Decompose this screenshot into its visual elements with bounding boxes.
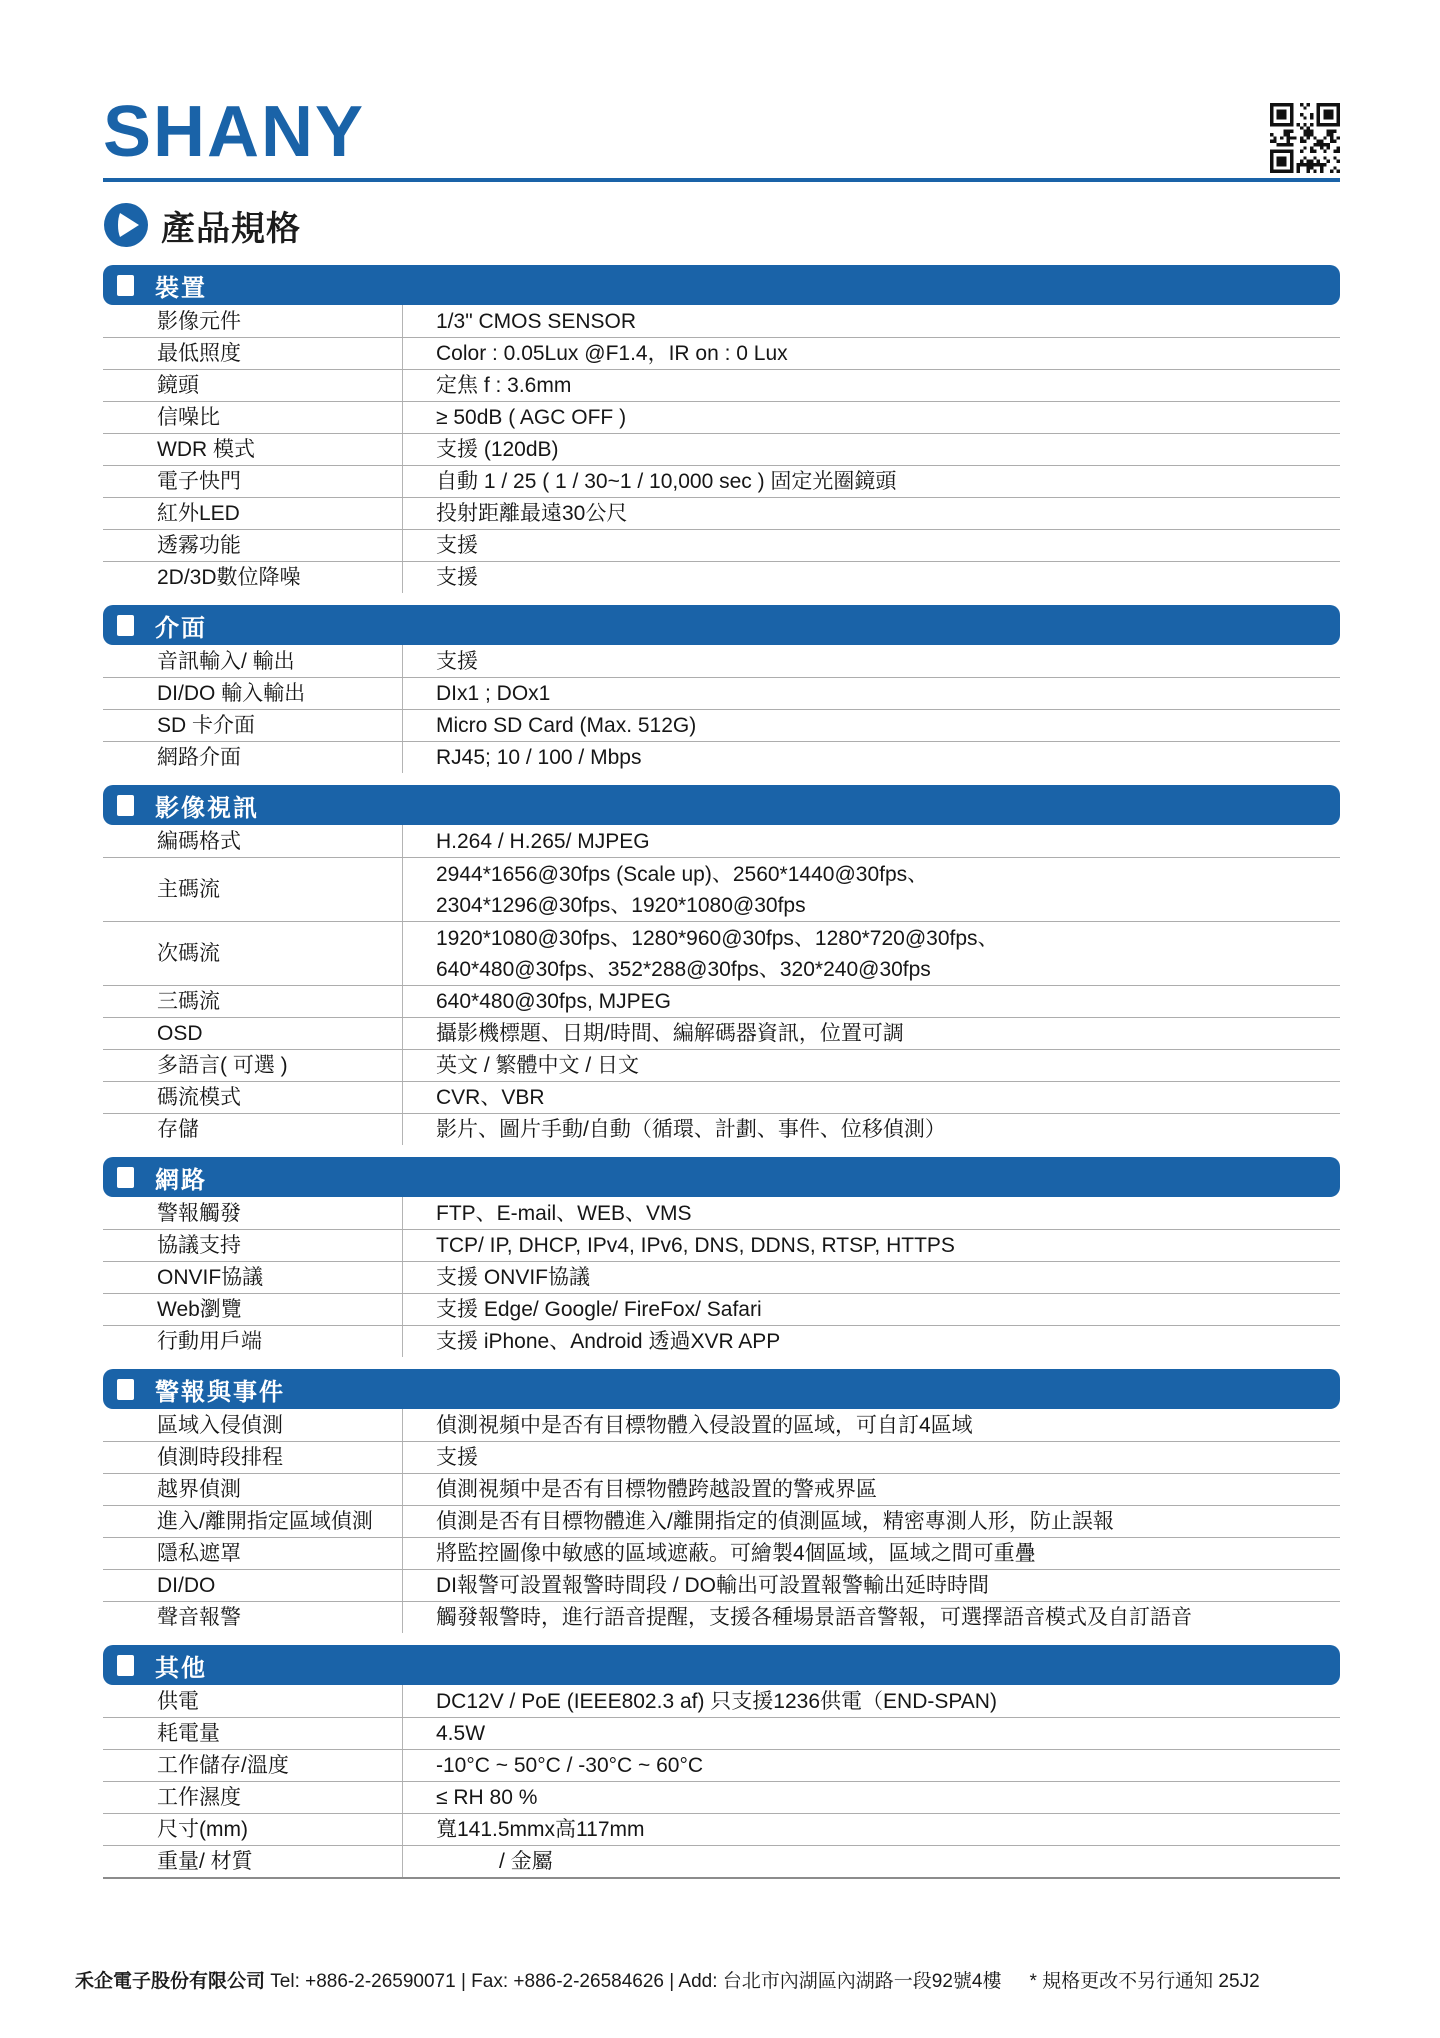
section-title: 警報與事件: [155, 1372, 285, 1407]
spec-value: 偵測是否有目標物體進入/離開指定的偵測區域，精密專測人形，防止誤報: [402, 1506, 1340, 1537]
square-bullet-icon: [117, 1655, 134, 1676]
spec-row: OSD攝影機標題、日期/時間、編解碼器資訊，位置可調: [103, 1017, 1340, 1049]
spec-row: 偵測時段排程支援: [103, 1441, 1340, 1473]
spec-value: 定焦 f : 3.6mm: [402, 370, 1340, 401]
section-network: 網路 警報觸發FTP、E-mail、WEB、VMS 協議支持TCP/ IP, D…: [103, 1157, 1340, 1357]
square-bullet-icon: [117, 795, 134, 816]
page-title-row: 產品規格: [103, 202, 1340, 248]
page-title: 產品規格: [161, 201, 301, 250]
spec-value: 支援 (120dB): [402, 434, 1340, 465]
spec-row: DI/DO 輸入輸出DIx1 ; DOx1: [103, 677, 1340, 709]
spec-row: 工作濕度≤ RH 80 %: [103, 1781, 1340, 1813]
section-header-bar: 裝置: [103, 265, 1340, 305]
square-bullet-icon: [117, 615, 134, 636]
spec-value: Color : 0.05Lux @F1.4，IR on : 0 Lux: [402, 338, 1340, 369]
spec-row: Web瀏覽支援 Edge/ Google/ FireFox/ Safari: [103, 1293, 1340, 1325]
spec-value: 640*480@30fps, MJPEG: [402, 986, 1340, 1017]
spec-label: 存儲: [103, 1114, 402, 1145]
spec-row: DI/DODI報警可設置報警時間段 / DO輸出可設置報警輸出延時時間: [103, 1569, 1340, 1601]
spec-value: 寬141.5mmx高117mm: [402, 1814, 1340, 1845]
spec-row: 工作儲存/溫度-10°C ~ 50°C / -30°C ~ 60°C: [103, 1749, 1340, 1781]
section-device: 裝置 影像元件1/3" CMOS SENSOR 最低照度Color : 0.05…: [103, 265, 1340, 593]
square-bullet-icon: [117, 1379, 134, 1400]
spec-row: 信噪比≥ 50dB ( AGC OFF ): [103, 401, 1340, 433]
spec-row: 音訊輸入/ 輸出支援: [103, 645, 1340, 677]
spec-label: ONVIF協議: [103, 1262, 402, 1293]
spec-label: 協議支持: [103, 1230, 402, 1261]
section-alarm-events: 警報與事件 區域入侵偵測偵測視頻中是否有目標物體入侵設置的區域，可自訂4區域 偵…: [103, 1369, 1340, 1633]
section-header-bar: 警報與事件: [103, 1369, 1340, 1409]
spec-value: 支援 Edge/ Google/ FireFox/ Safari: [402, 1294, 1340, 1325]
spec-label: 偵測時段排程: [103, 1442, 402, 1473]
spec-value: 支援: [402, 645, 1340, 677]
spec-label: DI/DO 輸入輸出: [103, 678, 402, 709]
spec-label: 編碼格式: [103, 825, 402, 857]
spec-value: / 金屬: [402, 1846, 1340, 1877]
spec-label: DI/DO: [103, 1570, 402, 1601]
spec-value: 偵測視頻中是否有目標物體跨越設置的警戒界區: [402, 1474, 1340, 1505]
spec-row: 網路介面RJ45; 10 / 100 / Mbps: [103, 741, 1340, 773]
spec-value: 支援 ONVIF協議: [402, 1262, 1340, 1293]
spec-label: 多語言( 可選 ): [103, 1050, 402, 1081]
section-rows: 編碼格式H.264 / H.265/ MJPEG 主碼流2944*1656@30…: [103, 825, 1340, 1145]
spec-row: ONVIF協議支援 ONVIF協議: [103, 1261, 1340, 1293]
section-title: 網路: [155, 1160, 207, 1195]
spec-row: 區域入侵偵測偵測視頻中是否有目標物體入侵設置的區域，可自訂4區域: [103, 1409, 1340, 1441]
spec-value: H.264 / H.265/ MJPEG: [402, 825, 1340, 857]
spec-row: 尺寸(mm)寬141.5mmx高117mm: [103, 1813, 1340, 1845]
spec-value: DC12V / PoE (IEEE802.3 af) 只支援1236供電（END…: [402, 1685, 1340, 1717]
spec-row: SD 卡介面Micro SD Card (Max. 512G): [103, 709, 1340, 741]
spec-row: 進入/離開指定區域偵測偵測是否有目標物體進入/離開指定的偵測區域，精密專測人形，…: [103, 1505, 1340, 1537]
spec-value: 支援: [402, 562, 1340, 593]
spec-row: 聲音報警觸發報警時，進行語音提醒，支援各種場景語音警報，可選擇語音模式及自訂語音: [103, 1601, 1340, 1633]
spec-value: RJ45; 10 / 100 / Mbps: [402, 742, 1340, 773]
section-rows: 警報觸發FTP、E-mail、WEB、VMS 協議支持TCP/ IP, DHCP…: [103, 1197, 1340, 1357]
spec-row: 碼流模式CVR、VBR: [103, 1081, 1340, 1113]
spec-value: DI報警可設置報警時間段 / DO輸出可設置報警輸出延時時間: [402, 1570, 1340, 1601]
spec-row: 最低照度Color : 0.05Lux @F1.4，IR on : 0 Lux: [103, 337, 1340, 369]
spec-value: -10°C ~ 50°C / -30°C ~ 60°C: [402, 1750, 1340, 1781]
spec-label: 鏡頭: [103, 370, 402, 401]
spec-label: 工作儲存/溫度: [103, 1750, 402, 1781]
spec-value: TCP/ IP, DHCP, IPv4, IPv6, DNS, DDNS, RT…: [402, 1230, 1340, 1261]
spec-row: 紅外LED投射距離最遠30公尺: [103, 497, 1340, 529]
spec-label: 透霧功能: [103, 530, 402, 561]
spec-label: 區域入侵偵測: [103, 1409, 402, 1441]
spec-value: DIx1 ; DOx1: [402, 678, 1340, 709]
spec-value: 支援: [402, 530, 1340, 561]
spec-value: 1/3" CMOS SENSOR: [402, 305, 1340, 337]
spec-value: 偵測視頻中是否有目標物體入侵設置的區域，可自訂4區域: [402, 1409, 1340, 1441]
spec-value: 支援: [402, 1442, 1340, 1473]
spec-row: 行動用戶端支援 iPhone、Android 透過XVR APP: [103, 1325, 1340, 1357]
section-title: 裝置: [155, 268, 207, 303]
spec-value: 1920*1080@30fps、1280*960@30fps、1280*720@…: [402, 922, 1340, 985]
spec-label: WDR 模式: [103, 434, 402, 465]
spec-row: 耗電量4.5W: [103, 1717, 1340, 1749]
spec-value: 攝影機標題、日期/時間、編解碼器資訊，位置可調: [402, 1018, 1340, 1049]
spec-label: 主碼流: [103, 858, 402, 921]
spec-label: 工作濕度: [103, 1782, 402, 1813]
brand-logo: SHANY: [103, 0, 1340, 168]
section-header-bar: 影像視訊: [103, 785, 1340, 825]
spec-row: 重量/ 材質 / 金屬: [103, 1845, 1340, 1877]
spec-label: 隱私遮罩: [103, 1538, 402, 1569]
section-interface: 介面 音訊輸入/ 輸出支援 DI/DO 輸入輸出DIx1 ; DOx1 SD 卡…: [103, 605, 1340, 773]
section-header-bar: 網路: [103, 1157, 1340, 1197]
spec-sections: 裝置 影像元件1/3" CMOS SENSOR 最低照度Color : 0.05…: [103, 265, 1340, 1879]
square-bullet-icon: [117, 1167, 134, 1188]
section-other: 其他 供電DC12V / PoE (IEEE802.3 af) 只支援1236供…: [103, 1645, 1340, 1879]
section-title: 介面: [155, 608, 207, 643]
spec-label: 三碼流: [103, 986, 402, 1017]
spec-row: 隱私遮罩將監控圖像中敏感的區域遮蔽。可繪製4個區域，區域之間可重疊: [103, 1537, 1340, 1569]
spec-label: 電子快門: [103, 466, 402, 497]
spec-row: 次碼流1920*1080@30fps、1280*960@30fps、1280*7…: [103, 921, 1340, 985]
section-rows: 影像元件1/3" CMOS SENSOR 最低照度Color : 0.05Lux…: [103, 305, 1340, 593]
section-rows: 供電DC12V / PoE (IEEE802.3 af) 只支援1236供電（E…: [103, 1685, 1340, 1879]
spec-value: FTP、E-mail、WEB、VMS: [402, 1197, 1340, 1229]
spec-label: 警報觸發: [103, 1197, 402, 1229]
spec-row: 越界偵測偵測視頻中是否有目標物體跨越設置的警戒界區: [103, 1473, 1340, 1505]
spec-label: Web瀏覽: [103, 1294, 402, 1325]
header-rule: [103, 178, 1340, 182]
section-rows: 區域入侵偵測偵測視頻中是否有目標物體入侵設置的區域，可自訂4區域 偵測時段排程支…: [103, 1409, 1340, 1633]
spec-value: 將監控圖像中敏感的區域遮蔽。可繪製4個區域，區域之間可重疊: [402, 1538, 1340, 1569]
spec-row: 電子快門自動 1 / 25 ( 1 / 30~1 / 10,000 sec ) …: [103, 465, 1340, 497]
section-title: 影像視訊: [155, 788, 259, 823]
spec-label: 進入/離開指定區域偵測: [103, 1506, 402, 1537]
footer-company: 禾企電子股份有限公司: [75, 1971, 265, 1992]
spec-label: 最低照度: [103, 338, 402, 369]
spec-value: Micro SD Card (Max. 512G): [402, 710, 1340, 741]
spec-sheet: SHANY 產品規格 裝置 影像元件1/3" CMOS SENSOR 最低照度C…: [103, 0, 1340, 1879]
spec-row: WDR 模式支援 (120dB): [103, 433, 1340, 465]
section-header-bar: 其他: [103, 1645, 1340, 1685]
spec-value: ≤ RH 80 %: [402, 1782, 1340, 1813]
spec-label: 2D/3D數位降噪: [103, 562, 402, 593]
spec-label: 行動用戶端: [103, 1326, 402, 1357]
spec-label: 碼流模式: [103, 1082, 402, 1113]
spec-value: 英文 / 繁體中文 / 日文: [402, 1050, 1340, 1081]
spec-label: 耗電量: [103, 1718, 402, 1749]
spec-value: 自動 1 / 25 ( 1 / 30~1 / 10,000 sec ) 固定光圈…: [402, 466, 1340, 497]
spec-row: 影像元件1/3" CMOS SENSOR: [103, 305, 1340, 337]
spec-row: 編碼格式H.264 / H.265/ MJPEG: [103, 825, 1340, 857]
spec-label: 音訊輸入/ 輸出: [103, 645, 402, 677]
section-header-bar: 介面: [103, 605, 1340, 645]
spec-label: 紅外LED: [103, 498, 402, 529]
spec-value: ≥ 50dB ( AGC OFF ): [402, 402, 1340, 433]
spec-value: 支援 iPhone、Android 透過XVR APP: [402, 1326, 1340, 1357]
spec-value: CVR、VBR: [402, 1082, 1340, 1113]
spec-row: 多語言( 可選 )英文 / 繁體中文 / 日文: [103, 1049, 1340, 1081]
spec-row: 2D/3D數位降噪支援: [103, 561, 1340, 593]
spec-label: 網路介面: [103, 742, 402, 773]
spec-value: 4.5W: [402, 1718, 1340, 1749]
spec-label: 供電: [103, 1685, 402, 1717]
square-bullet-icon: [117, 275, 134, 296]
section-rows: 音訊輸入/ 輸出支援 DI/DO 輸入輸出DIx1 ; DOx1 SD 卡介面M…: [103, 645, 1340, 773]
spec-row: 主碼流2944*1656@30fps (Scale up)、2560*1440@…: [103, 857, 1340, 921]
spec-label: SD 卡介面: [103, 710, 402, 741]
spec-value: 影片、圖片手動/自動（循環、計劃、事件、位移偵測）: [402, 1114, 1340, 1145]
spec-label: 信噪比: [103, 402, 402, 433]
play-icon: [103, 202, 149, 248]
spec-row: 警報觸發FTP、E-mail、WEB、VMS: [103, 1197, 1340, 1229]
spec-label: 聲音報警: [103, 1602, 402, 1633]
spec-label: 越界偵測: [103, 1474, 402, 1505]
spec-row: 協議支持TCP/ IP, DHCP, IPv4, IPv6, DNS, DDNS…: [103, 1229, 1340, 1261]
spec-label: 影像元件: [103, 305, 402, 337]
footer-contact: Tel: +886-2-26590071 | Fax: +886-2-26584…: [265, 1971, 1001, 1992]
spec-label: 尺寸(mm): [103, 1814, 402, 1845]
spec-value: 2944*1656@30fps (Scale up)、2560*1440@30f…: [402, 858, 1340, 921]
section-video: 影像視訊 編碼格式H.264 / H.265/ MJPEG 主碼流2944*16…: [103, 785, 1340, 1145]
spec-row: 鏡頭定焦 f : 3.6mm: [103, 369, 1340, 401]
spec-row: 供電DC12V / PoE (IEEE802.3 af) 只支援1236供電（E…: [103, 1685, 1340, 1717]
spec-row: 透霧功能支援: [103, 529, 1340, 561]
footer-note: * 規格更改不另行通知 25J2: [1029, 1971, 1259, 1992]
spec-row: 存儲影片、圖片手動/自動（循環、計劃、事件、位移偵測）: [103, 1113, 1340, 1145]
spec-value: 觸發報警時，進行語音提醒，支援各種場景語音警報，可選擇語音模式及自訂語音: [402, 1602, 1340, 1633]
spec-label: OSD: [103, 1018, 402, 1049]
spec-label: 重量/ 材質: [103, 1846, 402, 1877]
section-title: 其他: [155, 1648, 207, 1683]
spec-label: 次碼流: [103, 922, 402, 985]
spec-value: 投射距離最遠30公尺: [402, 498, 1340, 529]
spec-row: 三碼流640*480@30fps, MJPEG: [103, 985, 1340, 1017]
footer: 禾企電子股份有限公司 Tel: +886-2-26590071 | Fax: +…: [75, 1966, 1415, 1993]
